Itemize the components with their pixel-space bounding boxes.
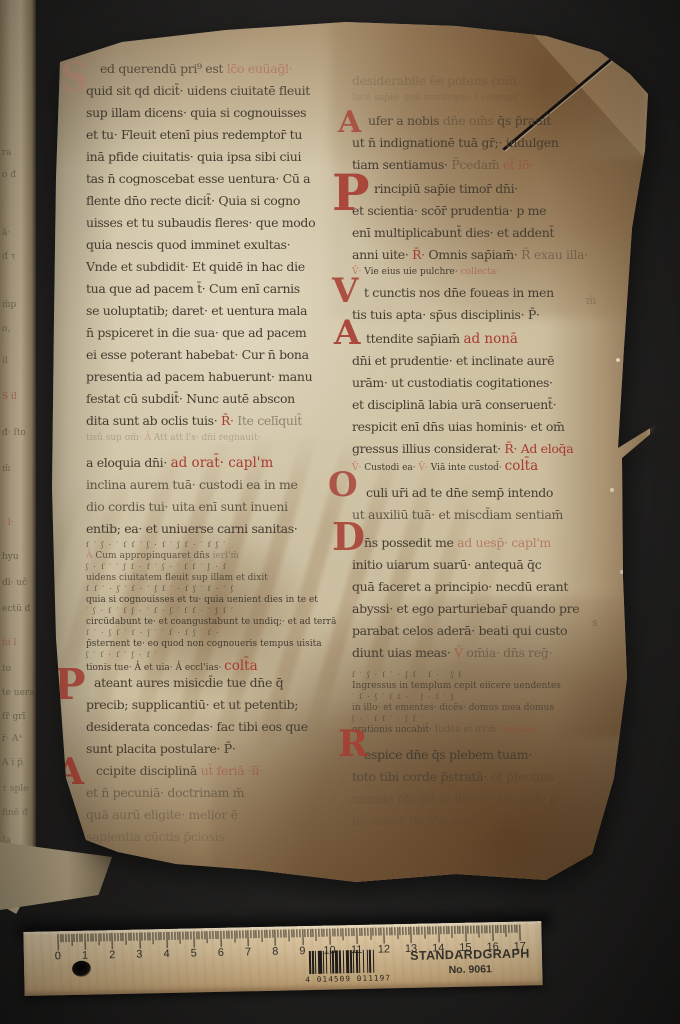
mm-tick xyxy=(136,933,137,941)
mm-tick xyxy=(454,926,455,934)
mm-tick xyxy=(196,931,197,939)
text-line: sapientia cūctis p̄ciosis· xyxy=(86,826,338,848)
text-segment: Custodi ea· xyxy=(364,463,418,473)
text-segment: q̄s p̄rauit̄ xyxy=(497,113,551,128)
mm-tick xyxy=(223,931,224,939)
mm-tick xyxy=(394,927,395,935)
mm-tick xyxy=(63,934,64,942)
text-line: et n̄ pecuniā· doctrinam m̄ xyxy=(86,782,338,804)
mm-tick xyxy=(419,927,420,935)
text-segment: om̄ia· dn̄s reḡ· xyxy=(466,645,552,660)
text-segment: enī multiplicabunt̄ dies· et addent̄ xyxy=(352,225,554,240)
text-line: n̄s possedit me ad uesp̄· capl'm xyxy=(352,532,624,554)
neume-line: ʃ · ′ ſ ſ ′ · ʃ ſ ′ xyxy=(352,714,624,724)
neume-line: ′ ʃ · ſ ′ ſ ʃ · ′ ſ · ʃ ′ ſ ſ · ′ ʃ ſ ′ xyxy=(86,606,338,616)
facing-page-text-fragment: A ī p̄ xyxy=(2,758,23,768)
mm-tick xyxy=(511,925,512,933)
mm-tick xyxy=(90,934,91,942)
text-segment: entib; ea· et uniuerse carni sanitas· xyxy=(86,521,297,536)
mm-tick xyxy=(229,931,230,939)
mm-tick xyxy=(242,930,243,938)
barcode-bars xyxy=(309,950,378,974)
mm-tick xyxy=(106,933,107,941)
text-segment: quā faceret a principio· necdū erant xyxy=(352,579,568,594)
mm-tick xyxy=(256,930,257,938)
text-line: t cunctis nos dn̄e foueas in men xyxy=(352,282,624,304)
mm-tick xyxy=(117,933,118,941)
text-segment: tua que ad pacem t̄· Cum enī carnis xyxy=(86,281,300,296)
text-segment: espice dn̄e q̄s plebem tuam· xyxy=(364,747,532,762)
barcode: 4 014509 011197 xyxy=(305,949,402,987)
mm-tick xyxy=(180,932,181,944)
mm-tick xyxy=(158,932,159,940)
mm-tick xyxy=(427,927,428,935)
text-segment: a eloquia dn̄i· xyxy=(86,455,171,470)
text-line: festat cū subdit̄· Nunc autē abscon xyxy=(86,388,338,410)
mm-tick xyxy=(487,925,488,933)
text-segment: parabat celos aderā· beati qui custo xyxy=(352,623,567,638)
text-segment: precib; supplicantiū· et ut petentib; xyxy=(86,697,298,712)
mm-tick xyxy=(378,928,379,936)
facing-page-text-fragment: dī· uc̄ xyxy=(2,578,27,588)
mm-tick xyxy=(182,932,183,940)
mm-tick xyxy=(332,929,333,937)
ruler-brand: STANDARDGRAPH xyxy=(404,946,536,963)
text-line: ufer a nobis dn̄e om̄s q̄s p̄rauit̄ xyxy=(352,110,624,132)
text-line: se uoluptatib; daret· et uentura mala xyxy=(86,300,338,322)
worm-hole xyxy=(622,58,625,61)
facing-page-text-fragment: m̄p xyxy=(2,300,16,310)
mm-tick xyxy=(489,925,490,933)
text-segment: Cum appropinquaret dn̄s xyxy=(95,551,212,561)
text-segment: quia nescis quod imminet exultas· xyxy=(86,237,290,252)
mm-tick xyxy=(172,932,173,940)
text-line: A̔ Cum appropinquaret dn̄s ierl'm̄ xyxy=(86,550,338,562)
mm-tick xyxy=(128,933,129,941)
mm-tick xyxy=(460,926,461,934)
text-line: dita sunt ab oclis tuis· R̄· Ite celīqui… xyxy=(86,410,338,432)
text-line: tas n̄ cognoscebat esse uentura· Cū a xyxy=(86,168,338,190)
text-line: desiderata concedas· fac tibi eos que xyxy=(86,716,338,738)
ghost-text-fragment: m̄ xyxy=(586,294,596,307)
text-line: tisū sup om̄· A̔ Att att l's· dn̄i regna… xyxy=(86,432,338,444)
neume-line: ſ ſ ′ · ʃ ′ ſ · ′ ʃ ſ ′ · ſ ʃ ′ ſ · ′ ʃ xyxy=(86,584,338,594)
ruler: 01234567891011121314151617 4 014509 0111… xyxy=(23,915,542,1000)
mm-tick xyxy=(514,925,515,933)
mm-tick xyxy=(155,932,156,940)
facing-page-text-fragment: finē đ xyxy=(2,808,28,818)
facing-page-text-fragment: o, xyxy=(2,324,10,334)
text-line: ut auxiliū tuā· et miscd̄iam sentiam̄ xyxy=(352,504,624,526)
mm-tick xyxy=(386,927,387,935)
text-line: quia nescis quod imminet exultas· xyxy=(86,234,338,256)
mm-tick xyxy=(362,928,363,936)
text-line: entib; ea· et uniuerse carni sanitas· xyxy=(86,518,338,540)
mm-tick xyxy=(114,933,115,941)
mm-tick xyxy=(286,929,287,937)
text-line: et disciplinā labia urā conseruent̄· xyxy=(352,394,624,416)
mm-tick xyxy=(457,926,458,934)
mm-tick xyxy=(76,934,77,942)
mm-tick xyxy=(82,934,83,942)
text-segment: urām· ut custodiatis cogitationes· xyxy=(352,375,553,390)
text-segment: presentia ad pacem habuerunt· manu xyxy=(86,369,312,384)
text-line: ed querendū pri⁹ est lc̄o euūaḡl· xyxy=(86,58,338,80)
mm-tick xyxy=(101,933,102,941)
text-segment: R̄· Ad eloq̄a xyxy=(504,441,573,456)
text-line: ei esse poterant habebat· Cur n̄ bona xyxy=(86,344,338,366)
mm-tick xyxy=(432,926,433,934)
text-segment: inā pfide ciuitatis· quia ipsa sibi ciui xyxy=(86,149,301,164)
text-segment: t cunctis nos dn̄e foueas in men xyxy=(364,285,554,300)
worm-hole xyxy=(636,712,641,716)
text-segment: initio uiarum suarū· antequā q̄c xyxy=(352,557,541,572)
cm-label: 8 xyxy=(265,946,285,958)
text-segment: int̄ missē iūctōe expl̄· xyxy=(352,813,479,828)
mm-tick xyxy=(441,926,442,934)
neume-line: ʃ · ſ ′ ′ ʃ ſ · ſ ′ ʃ · ′ ſ ſ ′ ʃ · ſ xyxy=(86,562,338,572)
mm-tick xyxy=(218,931,219,939)
ruler-brand-box: STANDARDGRAPH No. 9061 xyxy=(404,946,537,977)
text-line: Vnde et subdidit· Et quidē in hac die xyxy=(86,256,338,278)
text-segment: ſ ′ · ʃ ſ ′ ſ · ʃ ′ ′ ſ · ſ ʃ ′ ſ · xyxy=(86,628,220,637)
text-line: quid sit qd dicit̄· uidens ciuitatē fleu… xyxy=(86,80,338,102)
text-segment: p̄sternent te· eo quod non cognoueris te… xyxy=(86,639,322,649)
text-line: V̄· Custodi ea· V̄· Viā inte custod̄· co… xyxy=(352,460,624,472)
text-segment: lacū sap̄ie· quā murilegos· t̄ cōtempl'· xyxy=(352,93,523,103)
text-segment: respicit enī dn̄s uias hominis· et om̄ xyxy=(352,419,565,434)
mm-tick xyxy=(215,931,216,939)
text-segment: n̄s possedit me xyxy=(364,535,457,550)
text-line: ccipite disciplinā ut̄ feriā ·īī· xyxy=(86,760,338,782)
mm-tick xyxy=(142,933,143,941)
text-segment: ′ ſ · ʃ ′ ſ ſ · ′ ʃ · ſ ′ ʃ xyxy=(352,692,455,701)
facing-page-text-fragment: ā· xyxy=(2,228,10,238)
text-segment: rincipiū sap̄ie timor̄ dn̄i· xyxy=(374,181,518,196)
mm-tick xyxy=(506,925,507,937)
text-line: circūdabunt te· et coangustabunt te undi… xyxy=(86,616,338,628)
mm-tick xyxy=(381,927,382,935)
facing-page-text-fragment: r̄· A⁴ xyxy=(2,734,22,744)
mm-tick xyxy=(144,932,145,940)
mm-tick xyxy=(66,934,67,942)
facing-page-text-fragment: o đ xyxy=(2,170,16,180)
text-segment: ad nonā xyxy=(463,331,518,347)
mm-tick xyxy=(354,928,355,936)
text-segment: ′ ʃ · ſ ′ ſ ʃ · ′ ſ · ʃ ′ ſ ſ · ′ ʃ ſ ′ xyxy=(86,606,234,615)
mm-tick xyxy=(188,932,189,940)
mm-tick xyxy=(495,925,496,933)
mm-tick xyxy=(405,927,406,935)
text-segment: A̔ xyxy=(86,551,95,561)
mm-tick xyxy=(133,933,134,941)
neume-line: ʃ ′ ſ · ſ ′ ʃ · ſ ′ xyxy=(86,650,338,660)
text-segment: uisses et tu subaudis fleres· que modo xyxy=(86,215,315,230)
photo-backdrop: rao đā·đ τm̄po,ilS ilđ· ſtom̄· l·hyudī· … xyxy=(0,0,680,1024)
text-line: dio cordis tui· uita enī sunt inueni xyxy=(86,496,338,518)
mm-tick xyxy=(373,928,374,936)
mm-tick xyxy=(345,928,346,936)
text-segment: ufer a nobis xyxy=(368,113,443,128)
text-segment: sapientia cūctis p̄ciosis· xyxy=(86,829,228,844)
text-segment: A̔ xyxy=(144,433,153,443)
text-line: quā faceret a principio· necdū erant xyxy=(352,576,624,598)
text-segment: ttendite sap̄iam̄ xyxy=(366,331,463,346)
text-line: sup illam dicens· quia si cognouisses xyxy=(86,102,338,124)
mm-tick xyxy=(430,926,431,934)
facing-page-text-fragment: hyu xyxy=(2,552,19,562)
text-line: espice dn̄e q̄s plebem tuam· xyxy=(352,744,624,766)
text-line: inā pfide ciuitatis· quia ipsa sibi ciui xyxy=(86,146,338,168)
text-line: respicit enī dn̄s uias hominis· et om̄ xyxy=(352,416,624,438)
text-column-left: ed querendū pri⁹ est lc̄o euūaḡl·quid si… xyxy=(86,58,338,848)
text-segment: inclina aurem tuā· custodi ea in me xyxy=(86,477,298,492)
text-line: anni uite· R̄· Omnis sap̄iam̄· R̄ exau i… xyxy=(352,244,624,266)
text-line: et scientia· scōr̄ prudentia· p me xyxy=(352,200,624,222)
text-segment: et scientia· scōr̄ prudentia· p me xyxy=(352,203,546,218)
text-line: toto tibi corde p̄stratā· et p̄fectius xyxy=(352,766,624,788)
mm-tick xyxy=(476,926,477,934)
ghost-text-fragment: a̓ls xyxy=(614,778,630,791)
mm-tick xyxy=(305,929,306,937)
text-line: enī multiplicabunt̄ dies· et addent̄ xyxy=(352,222,624,244)
text-line: tua que ad pacem t̄· Cum enī carnis xyxy=(86,278,338,300)
text-segment: et̄ lō· xyxy=(503,157,533,172)
text-segment: Omnis sap̄iam̄· xyxy=(428,247,521,262)
mm-tick xyxy=(163,932,164,940)
text-line: orationis uocabit̄· Iudēa et irl'm̄· euo… xyxy=(352,724,624,736)
mm-tick xyxy=(498,925,499,933)
text-line: ttendite sap̄iam̄ ad nonā xyxy=(352,328,624,350)
mm-tick xyxy=(500,925,501,933)
mm-tick xyxy=(278,930,279,938)
text-line: a eloquia dn̄i· ad orat̄· capl'm xyxy=(86,452,338,474)
text-segment: ed querendū pri⁹ est xyxy=(100,61,227,76)
mm-tick xyxy=(324,929,325,937)
cm-label: 2 xyxy=(102,949,122,961)
mm-tick xyxy=(234,931,235,943)
text-segment: R̄ exau illa· xyxy=(521,247,588,262)
mm-tick xyxy=(201,931,202,939)
mm-tick xyxy=(272,930,273,938)
text-segment: flente dn̄o recte dicit̄· Quia si cogno xyxy=(86,193,300,208)
mm-tick xyxy=(335,928,336,936)
mm-tick xyxy=(294,929,295,937)
text-line: ateant aures misicd̄ie tue dn̄e q̄ xyxy=(86,672,338,694)
neume-line: ſ ′ · ʃ ſ ′ ſ · ʃ ′ ′ ſ · ſ ʃ ′ ſ · xyxy=(86,628,338,638)
mm-tick xyxy=(310,929,311,937)
mm-tick xyxy=(104,933,105,941)
mm-tick xyxy=(120,933,121,941)
text-segment: ſ ′ ʃ · ′ ſ ſ ′ ʃ · ſ ′ ʃ ſ · ′ ſ ʃ ′ xyxy=(86,540,227,549)
text-line: quia si cognouisses et tu· quia uenient … xyxy=(86,594,338,606)
text-segment: tis tuis apta· sp̄us disciplinis· P̄· xyxy=(352,307,540,322)
text-segment: dn̄e om̄s xyxy=(443,113,497,128)
text-column-right: desiderabile ēe potens com̄lacū sap̄ie· … xyxy=(352,70,624,832)
mm-tick xyxy=(147,932,148,940)
text-segment: ʃ · ſ ′ ′ ʃ ſ · ſ ′ ʃ · ′ ſ ſ ′ ʃ · ſ xyxy=(86,562,227,571)
neume-line: ſ ′ ʃ · ′ ſ ſ ′ ʃ · ſ ′ ʃ ſ · ′ ſ ʃ ′ xyxy=(86,540,338,550)
mm-tick xyxy=(351,928,352,936)
facing-page-text-fragment: ectū đ xyxy=(2,604,30,614)
text-line: inclina aurem tuā· custodi ea in me xyxy=(86,474,338,496)
facing-page-text-fragment: il xyxy=(2,356,8,366)
text-segment: ʃ ′ ſ · ſ ′ ʃ · ſ ′ xyxy=(86,650,158,659)
mm-tick xyxy=(245,930,246,938)
mm-tick xyxy=(370,928,371,940)
mm-tick xyxy=(177,932,178,940)
cm-label: 0 xyxy=(48,950,68,962)
facing-page-text-fragment: te uera xyxy=(2,688,35,698)
mm-tick xyxy=(367,928,368,936)
text-segment: quid sit qd dicit̄· uidens ciuitatē fleu… xyxy=(86,83,310,98)
mm-tick xyxy=(364,928,365,936)
mm-tick xyxy=(95,933,96,941)
mm-tick xyxy=(424,927,425,939)
book-block-bottom-edge xyxy=(0,842,112,910)
text-segment: dio cordis tui· uita enī sunt inueni xyxy=(86,499,288,514)
mm-tick xyxy=(359,928,360,936)
facing-page-text-fragment: ra xyxy=(2,148,12,158)
mm-tick xyxy=(267,930,268,938)
mm-tick xyxy=(318,929,319,937)
neume-line: ′ ſ · ʃ ′ ſ ſ · ′ ʃ · ſ ′ ʃ xyxy=(352,692,624,702)
facing-page-text-fragment: n̄i l xyxy=(2,638,16,648)
text-segment: tas n̄ cognoscebat esse uentura· Cū a xyxy=(86,171,310,186)
text-line: quā aurū eligite· melior ē xyxy=(86,804,338,826)
drop-initial-a: A xyxy=(334,316,360,350)
text-line: parabat celos aderā· beati qui custo xyxy=(352,620,624,642)
text-segment: desiderabile ēe potens com̄ xyxy=(352,73,516,88)
mm-tick xyxy=(470,926,471,934)
mm-tick xyxy=(153,932,154,944)
mm-tick xyxy=(204,931,205,939)
text-line: munde p̄ficiat̄ ut ille· P̄· dn̄s uob· p xyxy=(352,788,624,810)
mm-tick xyxy=(68,934,69,942)
mm-tick xyxy=(449,926,450,934)
cm-label: 6 xyxy=(211,947,231,959)
text-segment: ut auxiliū tuā· et miscd̄iam sentiam̄ xyxy=(352,507,563,522)
mm-tick xyxy=(451,926,452,938)
mm-tick xyxy=(93,934,94,942)
mm-tick xyxy=(313,929,314,937)
text-segment: ccipite disciplinā xyxy=(96,763,201,778)
text-line: lacū sap̄ie· quā murilegos· t̄ cōtempl'· xyxy=(352,92,624,104)
facing-page-edge: rao đā·đ τm̄po,ilS ilđ· ſtom̄· l·hyudī· … xyxy=(0,0,36,914)
text-segment: dn̄i et prudentie· et inclinate aurē xyxy=(352,353,554,368)
text-segment: Vnde et subdidit· Et quidē in hac die xyxy=(86,259,305,274)
barcode-digits: 4 014509 011197 xyxy=(305,973,401,984)
text-line: diunt uias meas· V̄ om̄ia· dn̄s reḡ· xyxy=(352,642,624,664)
mm-tick xyxy=(207,931,208,943)
mm-tick xyxy=(413,927,414,935)
text-line: V̄· Vie eius uie pulchre· collecta· xyxy=(352,266,624,278)
mm-tick xyxy=(337,928,338,936)
text-segment: ſ ′ ʃ · ſ ′ · ʃ ſ ′ ſ · ′ ʃ ſ xyxy=(352,670,463,679)
text-line: flente dn̄o recte dicit̄· Quia si cogno xyxy=(86,190,338,212)
text-line: tis tuis apta· sp̄us disciplinis· P̄· xyxy=(352,304,624,326)
drop-initial-s: S xyxy=(60,58,89,98)
text-segment: toto tibi corde p̄stratā· xyxy=(352,769,490,784)
mm-tick xyxy=(239,930,240,938)
mm-tick xyxy=(169,932,170,940)
mm-tick xyxy=(307,929,308,937)
mm-tick xyxy=(199,931,200,939)
text-segment: ierl'm̄ xyxy=(213,551,239,561)
mm-tick xyxy=(226,931,227,939)
text-line: presentia ad pacem habuerunt· manu xyxy=(86,366,338,388)
drop-initial-a: A xyxy=(56,754,84,790)
text-line: uidens ciuitatem fleuit sup illam et dix… xyxy=(86,572,338,584)
text-segment: R̄· xyxy=(412,247,428,262)
mm-tick xyxy=(280,930,281,938)
facing-page-text-fragment: đ τ xyxy=(2,252,16,262)
text-line: precib; supplicantiū· et ut petentib; xyxy=(86,694,338,716)
cm-label: 1 xyxy=(75,950,95,962)
mm-tick xyxy=(299,929,300,937)
text-segment: Vie eius uie pulchre· xyxy=(364,267,460,277)
facing-page-text-fragment: đ· ſto xyxy=(2,428,26,438)
mm-tick xyxy=(326,929,327,937)
text-segment: V̄· xyxy=(419,463,431,473)
mm-tick xyxy=(237,931,238,939)
text-segment: n̄ pspiceret in die sua· que ad pacem xyxy=(86,325,306,340)
text-line: p̄sternent te· eo quod non cognoueris te… xyxy=(86,638,338,650)
barcode-space xyxy=(374,950,378,973)
mm-tick xyxy=(468,926,469,934)
mm-tick xyxy=(416,927,417,935)
mm-tick xyxy=(484,925,485,933)
mm-tick xyxy=(109,933,110,941)
text-segment: circūdabunt te· et coangustabunt te undi… xyxy=(86,617,336,627)
text-segment: munde p̄ficiat̄ ut ille· P̄· dn̄s uob· p xyxy=(352,791,558,806)
mm-tick xyxy=(131,933,132,941)
text-line: n̄ pspiceret in die sua· que ad pacem xyxy=(86,322,338,344)
text-segment: Viā inte custod̄· xyxy=(431,463,505,473)
drop-initial-p: P xyxy=(54,664,86,706)
text-segment: gressus illius considerat· xyxy=(352,441,504,456)
text-segment: et tu· Fleuit etenī pius redemptor̄ tu xyxy=(86,127,302,142)
text-segment: Ingressus in templum cepit eiicere uende… xyxy=(352,681,561,691)
text-segment: culi ur̄i ad te dn̄e semp̄ intendo xyxy=(366,485,553,500)
text-line: gressus illius considerat· R̄· Ad eloq̄a xyxy=(352,438,624,460)
text-line: desiderabile ēe potens com̄ xyxy=(352,70,624,92)
text-segment: ad orat̄· capl'm xyxy=(171,455,274,471)
text-line: urām· ut custodiatis cogitationes· xyxy=(352,372,624,394)
text-segment: desiderata concedas· fac tibi eos que xyxy=(86,719,308,734)
text-line: tionis tue· A̔ et uia· A̔ eccl'ias· colt… xyxy=(86,660,338,672)
text-segment: lc̄o euūaḡl· xyxy=(227,61,293,76)
text-segment: diunt uias meas· xyxy=(352,645,454,660)
text-segment: ateant aures misicd̄ie tue dn̄e q̄ xyxy=(94,675,283,690)
text-segment: anni uite· xyxy=(352,247,412,262)
text-line: ut n̄ indignationē tuā gr̄;· indulgen xyxy=(352,132,624,154)
drop-initial-d: D xyxy=(332,518,365,556)
drop-initial-v: V xyxy=(332,274,358,308)
text-segment: sup illam dicens· quia si cognouisses xyxy=(86,105,306,120)
mm-tick xyxy=(481,925,482,933)
mm-tick xyxy=(283,930,284,938)
text-line: uisses et tu subaudis fleres· que modo xyxy=(86,212,338,234)
manuscript-page: ed querendū pri⁹ est lc̄o euūaḡl·quid si… xyxy=(26,18,650,906)
text-segment: Att att l's· dn̄i regnauit· xyxy=(154,433,261,443)
mm-tick xyxy=(123,933,124,941)
mm-tick xyxy=(435,926,436,934)
mm-tick xyxy=(79,934,80,942)
mm-tick xyxy=(174,932,175,940)
mm-tick xyxy=(150,932,151,940)
mm-tick xyxy=(517,925,518,933)
